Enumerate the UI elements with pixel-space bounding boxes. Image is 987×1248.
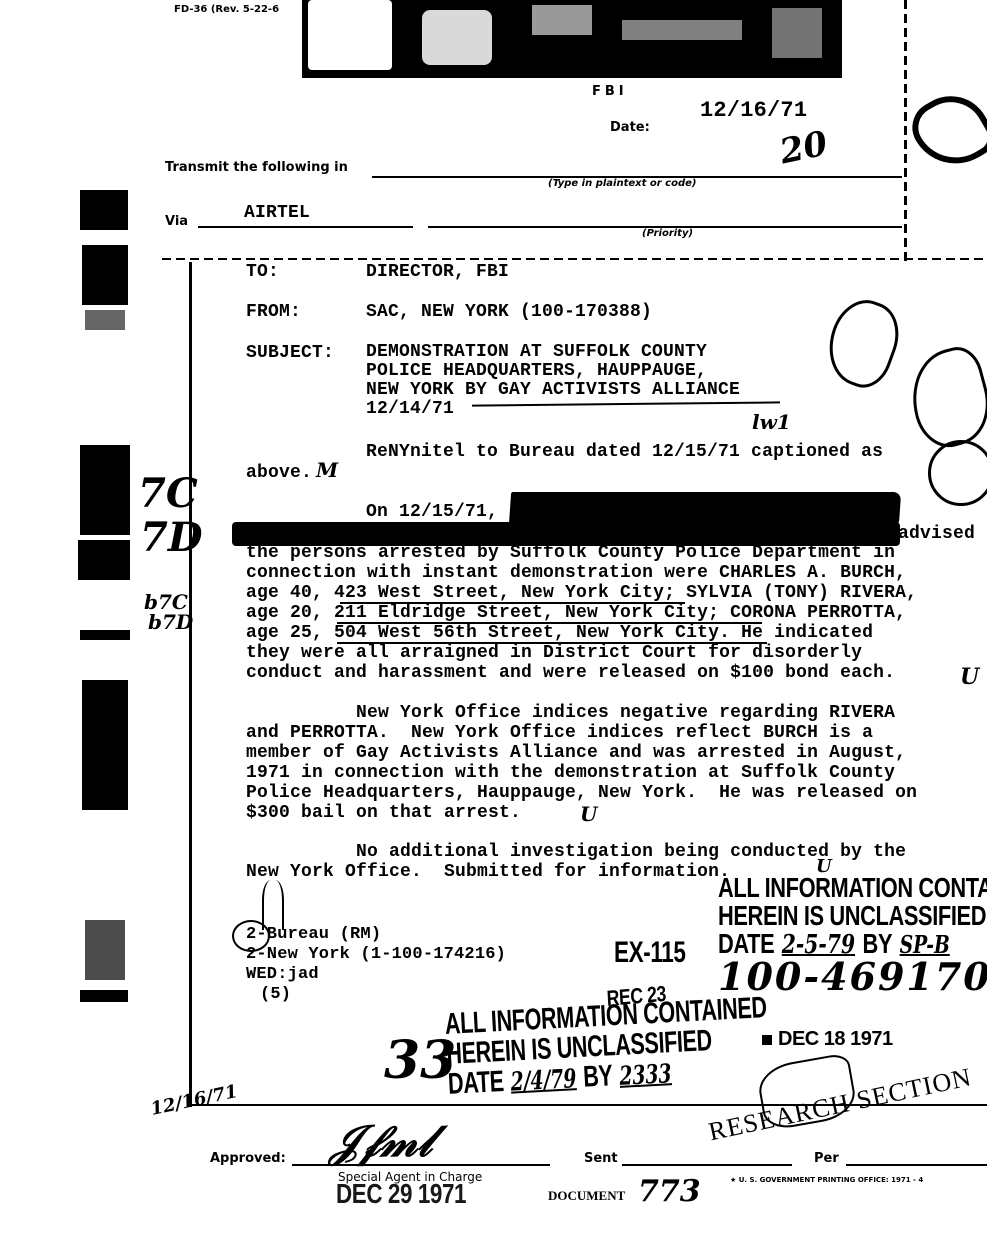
distribution-line: 2-Bureau (RM) — [246, 925, 506, 945]
initials-para2: U — [960, 664, 979, 690]
exemption-note-b7d: b7D — [148, 610, 193, 634]
subject-block: DEMONSTRATION AT SUFFOLK COUNTY POLICE H… — [366, 343, 740, 419]
para3-line: 1971 in connection with the demonstratio… — [246, 763, 917, 783]
address-underline — [340, 602, 685, 604]
para3-line: Police Headquarters, Hauppauge, New York… — [246, 783, 917, 803]
subject-initials: lw1 — [752, 410, 791, 434]
document-number: 773 — [638, 1174, 701, 1209]
para2-line: connection with instant demonstration we… — [246, 563, 917, 583]
signature-scribble — [901, 342, 987, 454]
para2-line: age 25, 504 West 56th Street, New York C… — [246, 623, 917, 643]
star-icon: ★ — [730, 1176, 739, 1184]
via-value: AIRTEL — [244, 203, 310, 223]
initials-para3: U — [580, 802, 597, 826]
distribution-block: 2-Bureau (RM) 2-New York (1-100-174216) … — [246, 925, 506, 1005]
right-dashed-border — [904, 0, 907, 262]
sent-line — [622, 1164, 792, 1166]
serial-number: 33 — [384, 1030, 456, 1091]
top-scan-artifact — [302, 0, 842, 78]
transmit-hint: (Type in plaintext or code) — [548, 178, 696, 189]
para3-line: and PERROTTA. New York Office indices re… — [246, 723, 917, 743]
signature-scribble — [928, 440, 987, 506]
subject-line: NEW YORK BY GAY ACTIVISTS ALLIANCE — [366, 381, 740, 400]
per-line — [846, 1164, 987, 1166]
para1-line2: above. — [246, 463, 312, 483]
to-label: TO: — [246, 262, 279, 282]
para1-line1: ReNYnitel to Bureau dated 12/15/71 capti… — [366, 442, 883, 462]
distribution-line: (5) — [246, 985, 506, 1005]
date-label: Date: — [610, 120, 650, 135]
left-margin-border — [189, 262, 192, 1107]
received-date-stamp: DEC 18 1971 — [762, 1028, 893, 1051]
address-underline — [337, 622, 762, 624]
initials-above: M — [316, 458, 338, 482]
bureau-check-mark — [262, 880, 284, 930]
top-number-note: 20 — [776, 124, 831, 173]
para4-line: No additional investigation being conduc… — [246, 842, 906, 862]
para2-line: conduct and harassment and were released… — [246, 663, 917, 683]
stamp-square-icon — [762, 1035, 772, 1045]
date-value: 12/16/71 — [700, 98, 807, 123]
via-label: Via — [165, 214, 188, 229]
sent-label: Sent — [584, 1151, 618, 1166]
margin-code-7c: 7C — [138, 470, 198, 517]
bottom-date-stamp: DEC 29 1971 — [336, 1178, 466, 1210]
para2-line: they were all arraigned in District Cour… — [246, 643, 917, 663]
margin-code-7d: 7D — [140, 514, 203, 561]
header-dashed-divider — [162, 258, 987, 260]
per-label: Per — [814, 1151, 839, 1166]
declass-stamp-1: ALL INFORMATION CONTAINED HEREIN IS UNCL… — [718, 872, 987, 999]
para2-line: the persons arrested by Suffolk County P… — [246, 543, 917, 563]
signature-scribble — [903, 82, 987, 180]
para3-line: member of Gay Activists Alliance and was… — [246, 743, 917, 763]
para2-block: the persons arrested by Suffolk County P… — [246, 543, 917, 683]
subject-label: SUBJECT: — [246, 343, 334, 363]
para2-advised: advised — [898, 524, 975, 544]
para3-line: New York Office indices negative regardi… — [246, 703, 917, 723]
ex-number-stamp: EX-115 — [614, 936, 686, 970]
from-value: SAC, NEW YORK (100-170388) — [366, 302, 652, 322]
signature-scribble — [817, 291, 908, 394]
redaction-block — [509, 492, 901, 526]
distribution-line: WED:jad — [246, 965, 506, 985]
via-line — [198, 226, 413, 228]
gpo-label: ★ U. S. GOVERNMENT PRINTING OFFICE: 1971… — [730, 1176, 923, 1184]
from-label: FROM: — [246, 302, 301, 322]
approved-label: Approved: — [210, 1151, 286, 1166]
agency-label: FBI — [592, 84, 628, 99]
transmit-label: Transmit the following in — [165, 160, 348, 175]
address-underline — [337, 642, 767, 644]
priority-hint: (Priority) — [642, 228, 693, 239]
form-number: FD-36 (Rev. 5-22-6 — [174, 4, 279, 15]
document-label: DOCUMENT — [548, 1188, 625, 1204]
margin-date-note: 12/16/71 — [149, 1081, 240, 1120]
to-value: DIRECTOR, FBI — [366, 262, 509, 282]
para2-line: age 40, 423 West Street, New York City; … — [246, 583, 917, 603]
subject-line: DEMONSTRATION AT SUFFOLK COUNTY — [366, 343, 740, 362]
para2-line: age 20, 211 Eldridge Street, New York Ci… — [246, 603, 917, 623]
subject-line: POLICE HEADQUARTERS, HAUPPAUGE, — [366, 362, 740, 381]
para2-start: On 12/15/71, — [366, 502, 498, 522]
distribution-line: 2-New York (1-100-174216) — [246, 945, 506, 965]
approver-signature: 𝒥𝒻𝓂𝓁 — [330, 1116, 432, 1167]
